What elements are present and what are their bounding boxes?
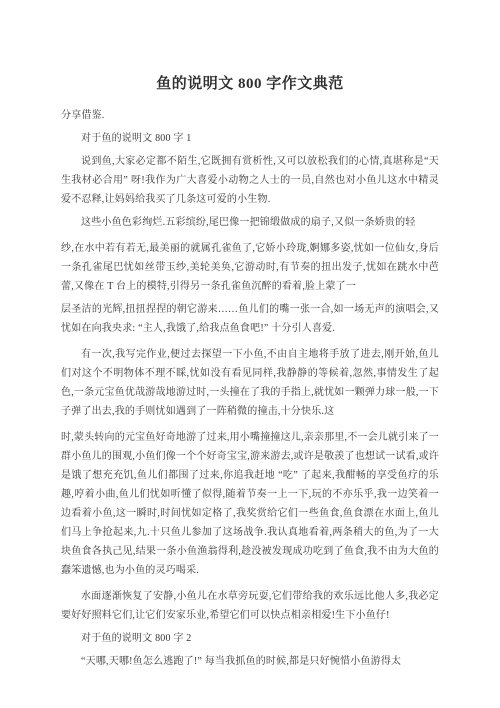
body-paragraph: 有一次,我写完作业,便过去探望一下小鱼,不由自主地将手放了进去,刚开始,鱼儿们对…	[61, 345, 439, 421]
body-paragraph: 时,蒙头转向的元宝鱼好奇地游了过来,用小嘴撞撞这儿,亲亲那里,不一会儿就引来了一…	[61, 428, 439, 580]
body-paragraph: 水面逐渐恢复了安静,小鱼儿在水草旁玩耍,它们带给我的欢乐远比他人多,我必定要好好…	[61, 587, 439, 625]
body-paragraph: 说到鱼,大家必定都不陌生,它既拥有赏析性,又可以放松我们的心情,真堪称是“天生我…	[61, 152, 439, 209]
section-heading-1: 对于鱼的说明文 800 字 1	[61, 129, 439, 148]
body-paragraph: 这些小鱼色彩绚烂.五彩缤纷,尾巴像一把锦缎做成的扇子,又似一条娇贵的轻	[61, 213, 439, 232]
body-paragraph: “天哪,天哪!鱼怎么逃跑了!” 每当我抓鱼的时候,都是只好惋惜小鱼游得太	[61, 652, 439, 671]
share-note: 分享借鉴.	[61, 106, 439, 125]
document-page: 鱼的说明文 800 字作文典范 分享借鉴. 对于鱼的说明文 800 字 1 说到…	[0, 0, 500, 708]
section-heading-2: 对于鱼的说明文 800 字 2	[61, 629, 439, 648]
document-title: 鱼的说明文 800 字作文典范	[61, 72, 439, 93]
body-paragraph: 层圣洁的光辉,扭扭捏捏的朝它游来……鱼儿们的嘴一张一合,如一场无声的演唱会,又忧…	[61, 300, 439, 338]
body-paragraph: 纱,在水中若有若无,最美丽的就属孔雀鱼了,它娇小玲珑,婀娜多姿,忧如一位仙女,身…	[61, 239, 439, 296]
